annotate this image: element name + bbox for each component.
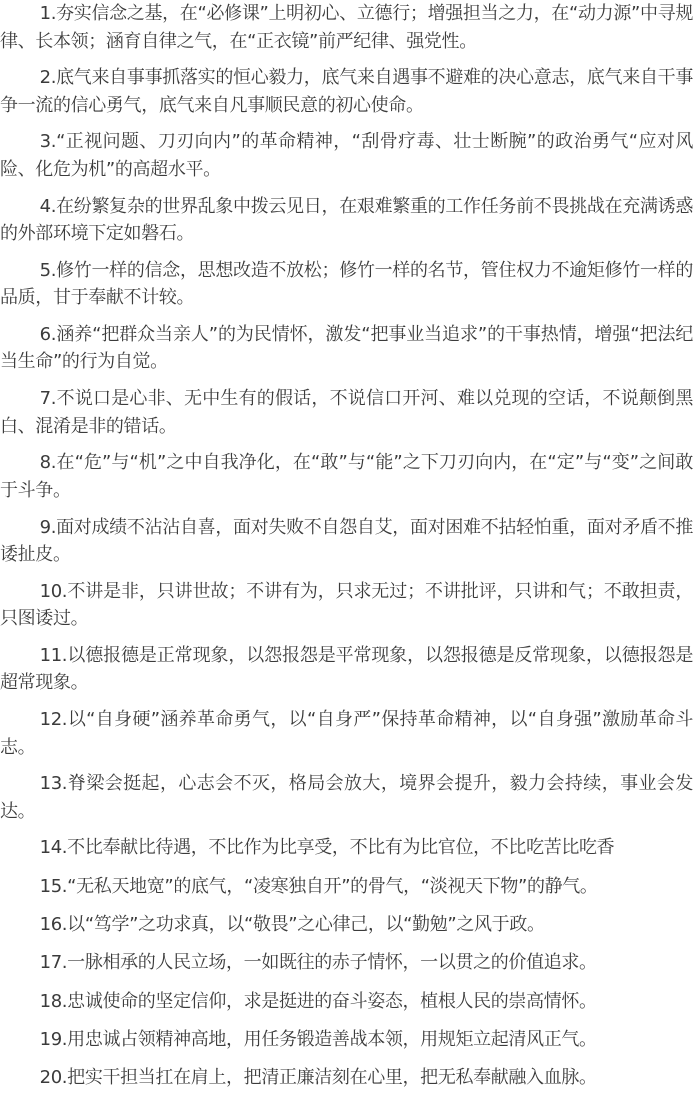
paragraph-12: 12.以“自身硬”涵养革命勇气，以“自身严”保持革命精神，以“自身强”激励革命斗… bbox=[0, 706, 693, 761]
paragraph-1: 1.夯实信念之基，在“必修课”上明初心、立德行；增强担当之力，在“动力源”中寻规… bbox=[0, 0, 693, 55]
paragraph-13: 13.脊梁会挺起，心志会不灭，格局会放大，境界会提升，毅力会持续，事业会发达。 bbox=[0, 770, 693, 825]
paragraph-14: 14.不比奉献比待遇，不比作为比享受，不比有为比官位，不比吃苦比吃香 bbox=[0, 834, 693, 862]
paragraph-6: 6.涵养“把群众当亲人”的为民情怀，激发“把事业当追求”的干事热情，增强“把法纪… bbox=[0, 321, 693, 376]
paragraph-7: 7.不说口是心非、无中生有的假话，不说信口开河、难以兑现的空话，不说颠倒黑白、混… bbox=[0, 385, 693, 440]
paragraph-10: 10.不讲是非，只讲世故；不讲有为，只求无过；不讲批评，只讲和气；不敢担责，只图… bbox=[0, 578, 693, 633]
paragraph-4: 4.在纷繁复杂的世界乱象中拨云见日，在艰难繁重的工作任务前不畏挑战在充满诱惑的外… bbox=[0, 193, 693, 248]
paragraph-18: 18.忠诚使命的坚定信仰，求是挺进的奋斗姿态，植根人民的崇高情怀。 bbox=[0, 988, 693, 1016]
paragraph-5: 5.修竹一样的信念，思想改造不放松；修竹一样的名节，管住权力不逾矩修竹一样的品质… bbox=[0, 257, 693, 312]
paragraph-15: 15.“无私天地宽”的底气，“凌寒独自开”的骨气，“淡视天下物”的静气。 bbox=[0, 873, 693, 901]
paragraph-11: 11.以德报德是正常现象，以怨报怨是平常现象，以怨报德是反常现象，以德报怨是超常… bbox=[0, 642, 693, 697]
paragraph-3: 3.“正视问题、刀刃向内”的革命精神，“刮骨疗毒、壮士断腕”的政治勇气“应对风险… bbox=[0, 128, 693, 183]
paragraph-9: 9.面对成绩不沾沾自喜，面对失败不自怨自艾，面对困难不拈轻怕重，面对矛盾不推诿扯… bbox=[0, 514, 693, 569]
paragraph-20: 20.把实干担当扛在肩上，把清正廉洁刻在心里，把无私奉献融入血脉。 bbox=[0, 1064, 693, 1092]
paragraph-8: 8.在“危”与“机”之中自我净化，在“敢”与“能”之下刀刃向内，在“定”与“变”… bbox=[0, 449, 693, 504]
paragraph-16: 16.以“笃学”之功求真，以“敬畏”之心律己，以“勤勉”之风于政。 bbox=[0, 911, 693, 939]
paragraph-19: 19.用忠诚占领精神高地，用任务锻造善战本领，用规矩立起清风正气。 bbox=[0, 1026, 693, 1054]
paragraph-17: 17.一脉相承的人民立场，一如既往的赤子情怀，一以贯之的价值追求。 bbox=[0, 949, 693, 977]
paragraph-2: 2.底气来自事事抓落实的恒心毅力，底气来自遇事不避难的决心意志，底气来自干事争一… bbox=[0, 64, 693, 119]
document-body: 1.夯实信念之基，在“必修课”上明初心、立德行；增强担当之力，在“动力源”中寻规… bbox=[0, 0, 693, 1097]
